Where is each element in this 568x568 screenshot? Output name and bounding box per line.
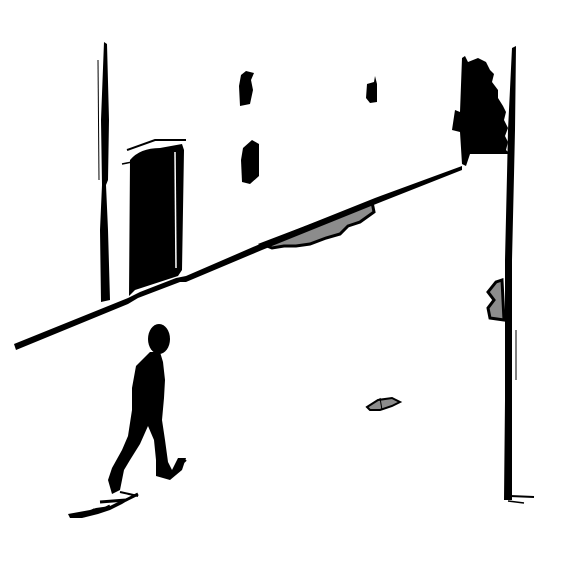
illustration-scene: [0, 0, 568, 568]
doorway: [122, 140, 186, 296]
